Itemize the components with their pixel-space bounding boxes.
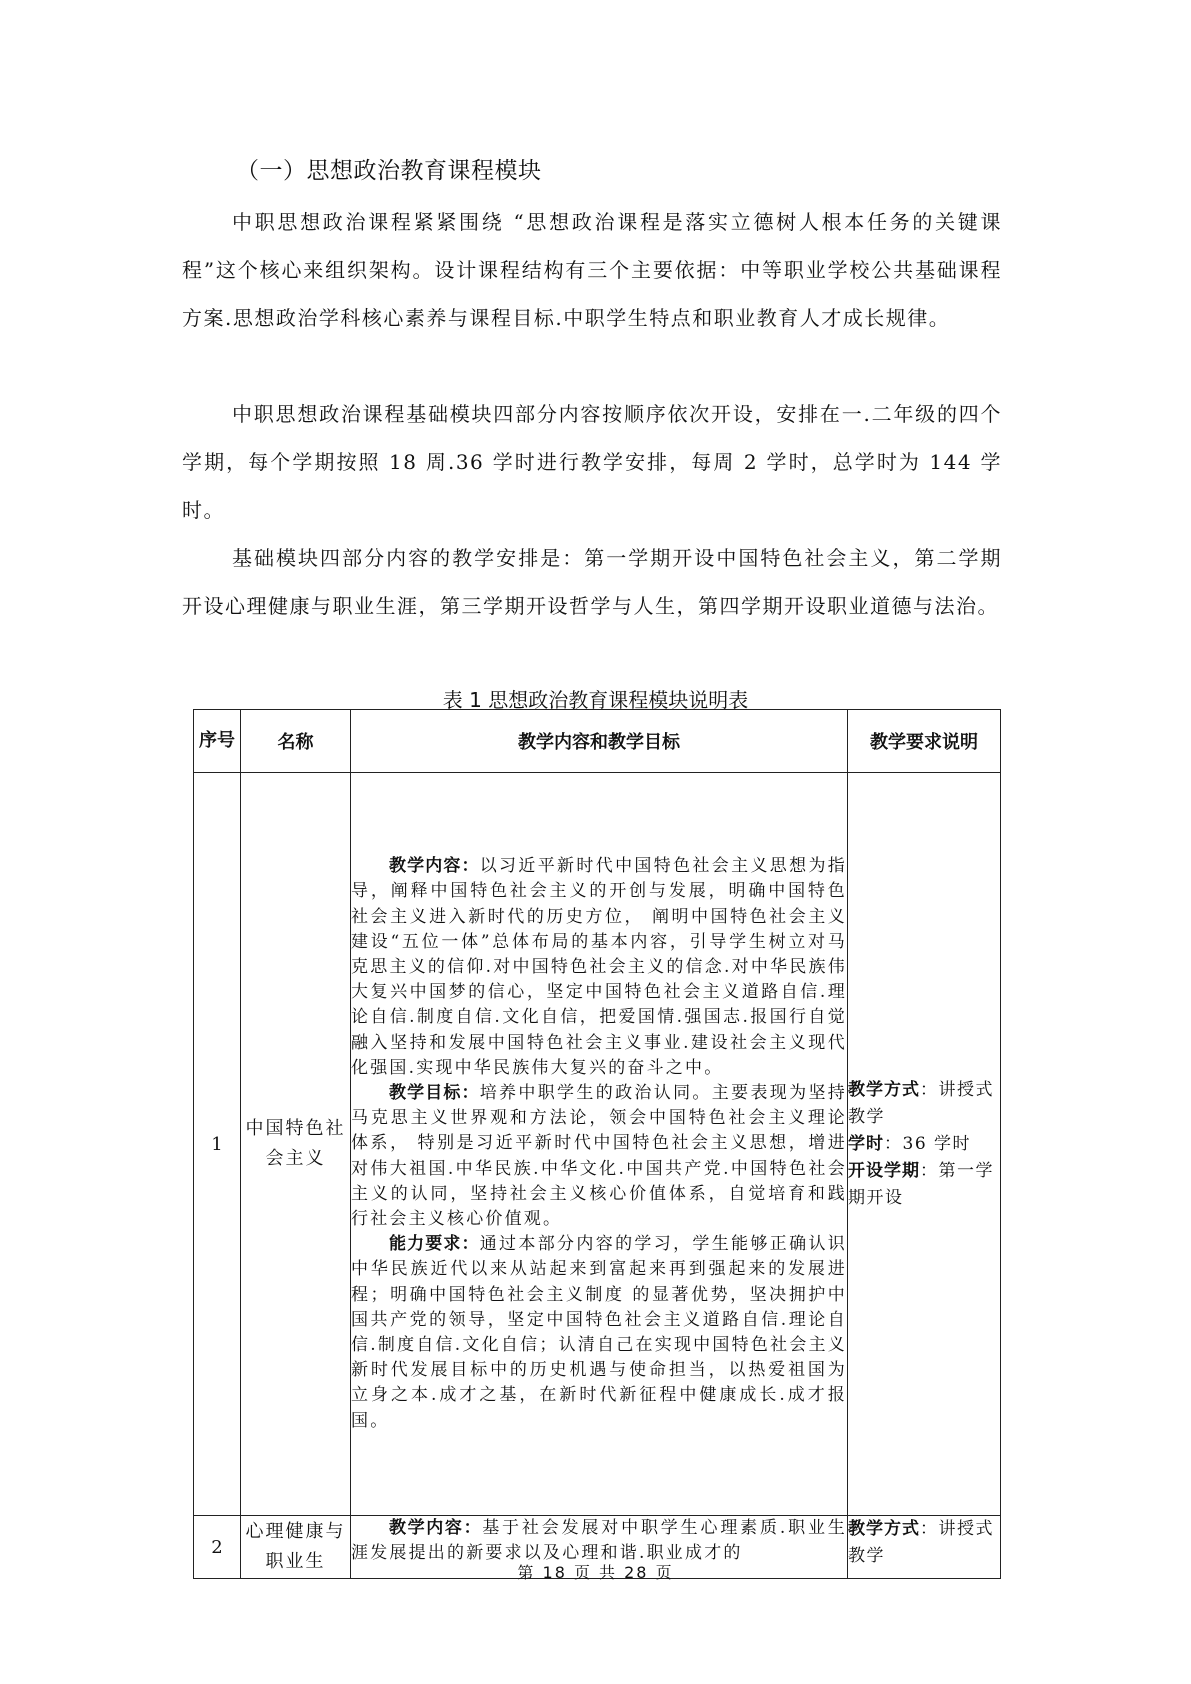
- req-hours: 学时：36 学时: [848, 1131, 1000, 1158]
- goal-text: 培养中职学生的政治认同。主要表现为坚持马克思主义世界观和方法论，领会中国特色社会…: [351, 1083, 847, 1229]
- paragraph-course-structure: 中职思想政治课程紧紧围绕 “思想政治课程是落实立德树人根本任务的关键课程”这个核…: [182, 198, 1002, 342]
- req-method-label: 教学方式: [848, 1519, 920, 1539]
- row-content: 教学内容：以习近平新时代中国特色社会主义思想为指导，阐释中国特色社会主义的开创与…: [351, 773, 848, 1516]
- content-paragraph: 教学内容：以习近平新时代中国特色社会主义思想为指导，阐释中国特色社会主义的开创与…: [351, 854, 847, 1081]
- header-name: 名称: [241, 710, 351, 773]
- req-term-label: 开设学期: [848, 1161, 920, 1181]
- header-seq: 序号: [194, 710, 241, 773]
- req-term: 开设学期：第一学期开设: [848, 1158, 1000, 1212]
- paragraph-semester-arrangement: 基础模块四部分内容的教学安排是：第一学期开设中国特色社会主义，第二学期开设心理健…: [182, 534, 1002, 630]
- req-method: 教学方式：讲授式教学: [848, 1077, 1000, 1131]
- ability-label: 能力要求：: [389, 1234, 480, 1254]
- goal-paragraph: 教学目标：培养中职学生的政治认同。主要表现为坚持马克思主义世界观和方法论，领会中…: [351, 1081, 847, 1232]
- header-requirements: 教学要求说明: [848, 710, 1001, 773]
- goal-label: 教学目标：: [389, 1083, 480, 1103]
- course-module-table: 序号 名称 教学内容和教学目标 教学要求说明 1 中国特色社会主义 教学内容：以…: [193, 709, 1001, 1579]
- paragraph-schedule: 中职思想政治课程基础模块四部分内容按顺序依次开设，安排在一.二年级的四个学期，每…: [182, 390, 1002, 534]
- req-hours-value: ：36 学时: [884, 1134, 971, 1154]
- header-content: 教学内容和教学目标: [351, 710, 848, 773]
- table-row: 1 中国特色社会主义 教学内容：以习近平新时代中国特色社会主义思想为指导，阐释中…: [194, 773, 1001, 1516]
- req-hours-label: 学时: [848, 1134, 884, 1154]
- content-text: 以习近平新时代中国特色社会主义思想为指导，阐释中国特色社会主义的开创与发展，明确…: [351, 856, 847, 1078]
- row-name: 中国特色社会主义: [241, 773, 351, 1516]
- table-header-row: 序号 名称 教学内容和教学目标 教学要求说明: [194, 710, 1001, 773]
- content-label: 教学内容：: [389, 856, 480, 876]
- ability-paragraph: 能力要求：通过本部分内容的学习，学生能够正确认识中华民族近代以来从站起来到富起来…: [351, 1232, 847, 1434]
- ability-text: 通过本部分内容的学习，学生能够正确认识中华民族近代以来从站起来到富起来再到强起来…: [351, 1234, 847, 1430]
- row-requirements: 教学方式：讲授式教学 学时：36 学时 开设学期：第一学期开设: [848, 773, 1001, 1516]
- req-method-label: 教学方式: [848, 1080, 920, 1100]
- document-page: （一）思想政治教育课程模块 中职思想政治课程紧紧围绕 “思想政治课程是落实立德树…: [0, 0, 1191, 1684]
- page-number-footer: 第 18 页 共 28 页: [0, 1560, 1191, 1583]
- row-seq: 1: [194, 773, 241, 1516]
- content-label: 教学内容：: [389, 1518, 482, 1538]
- section-heading: （一）思想政治教育课程模块: [236, 152, 542, 185]
- content-paragraph: 教学内容：基于社会发展对中职学生心理素质.职业生涯发展提出的新要求以及心理和谐.…: [351, 1516, 847, 1566]
